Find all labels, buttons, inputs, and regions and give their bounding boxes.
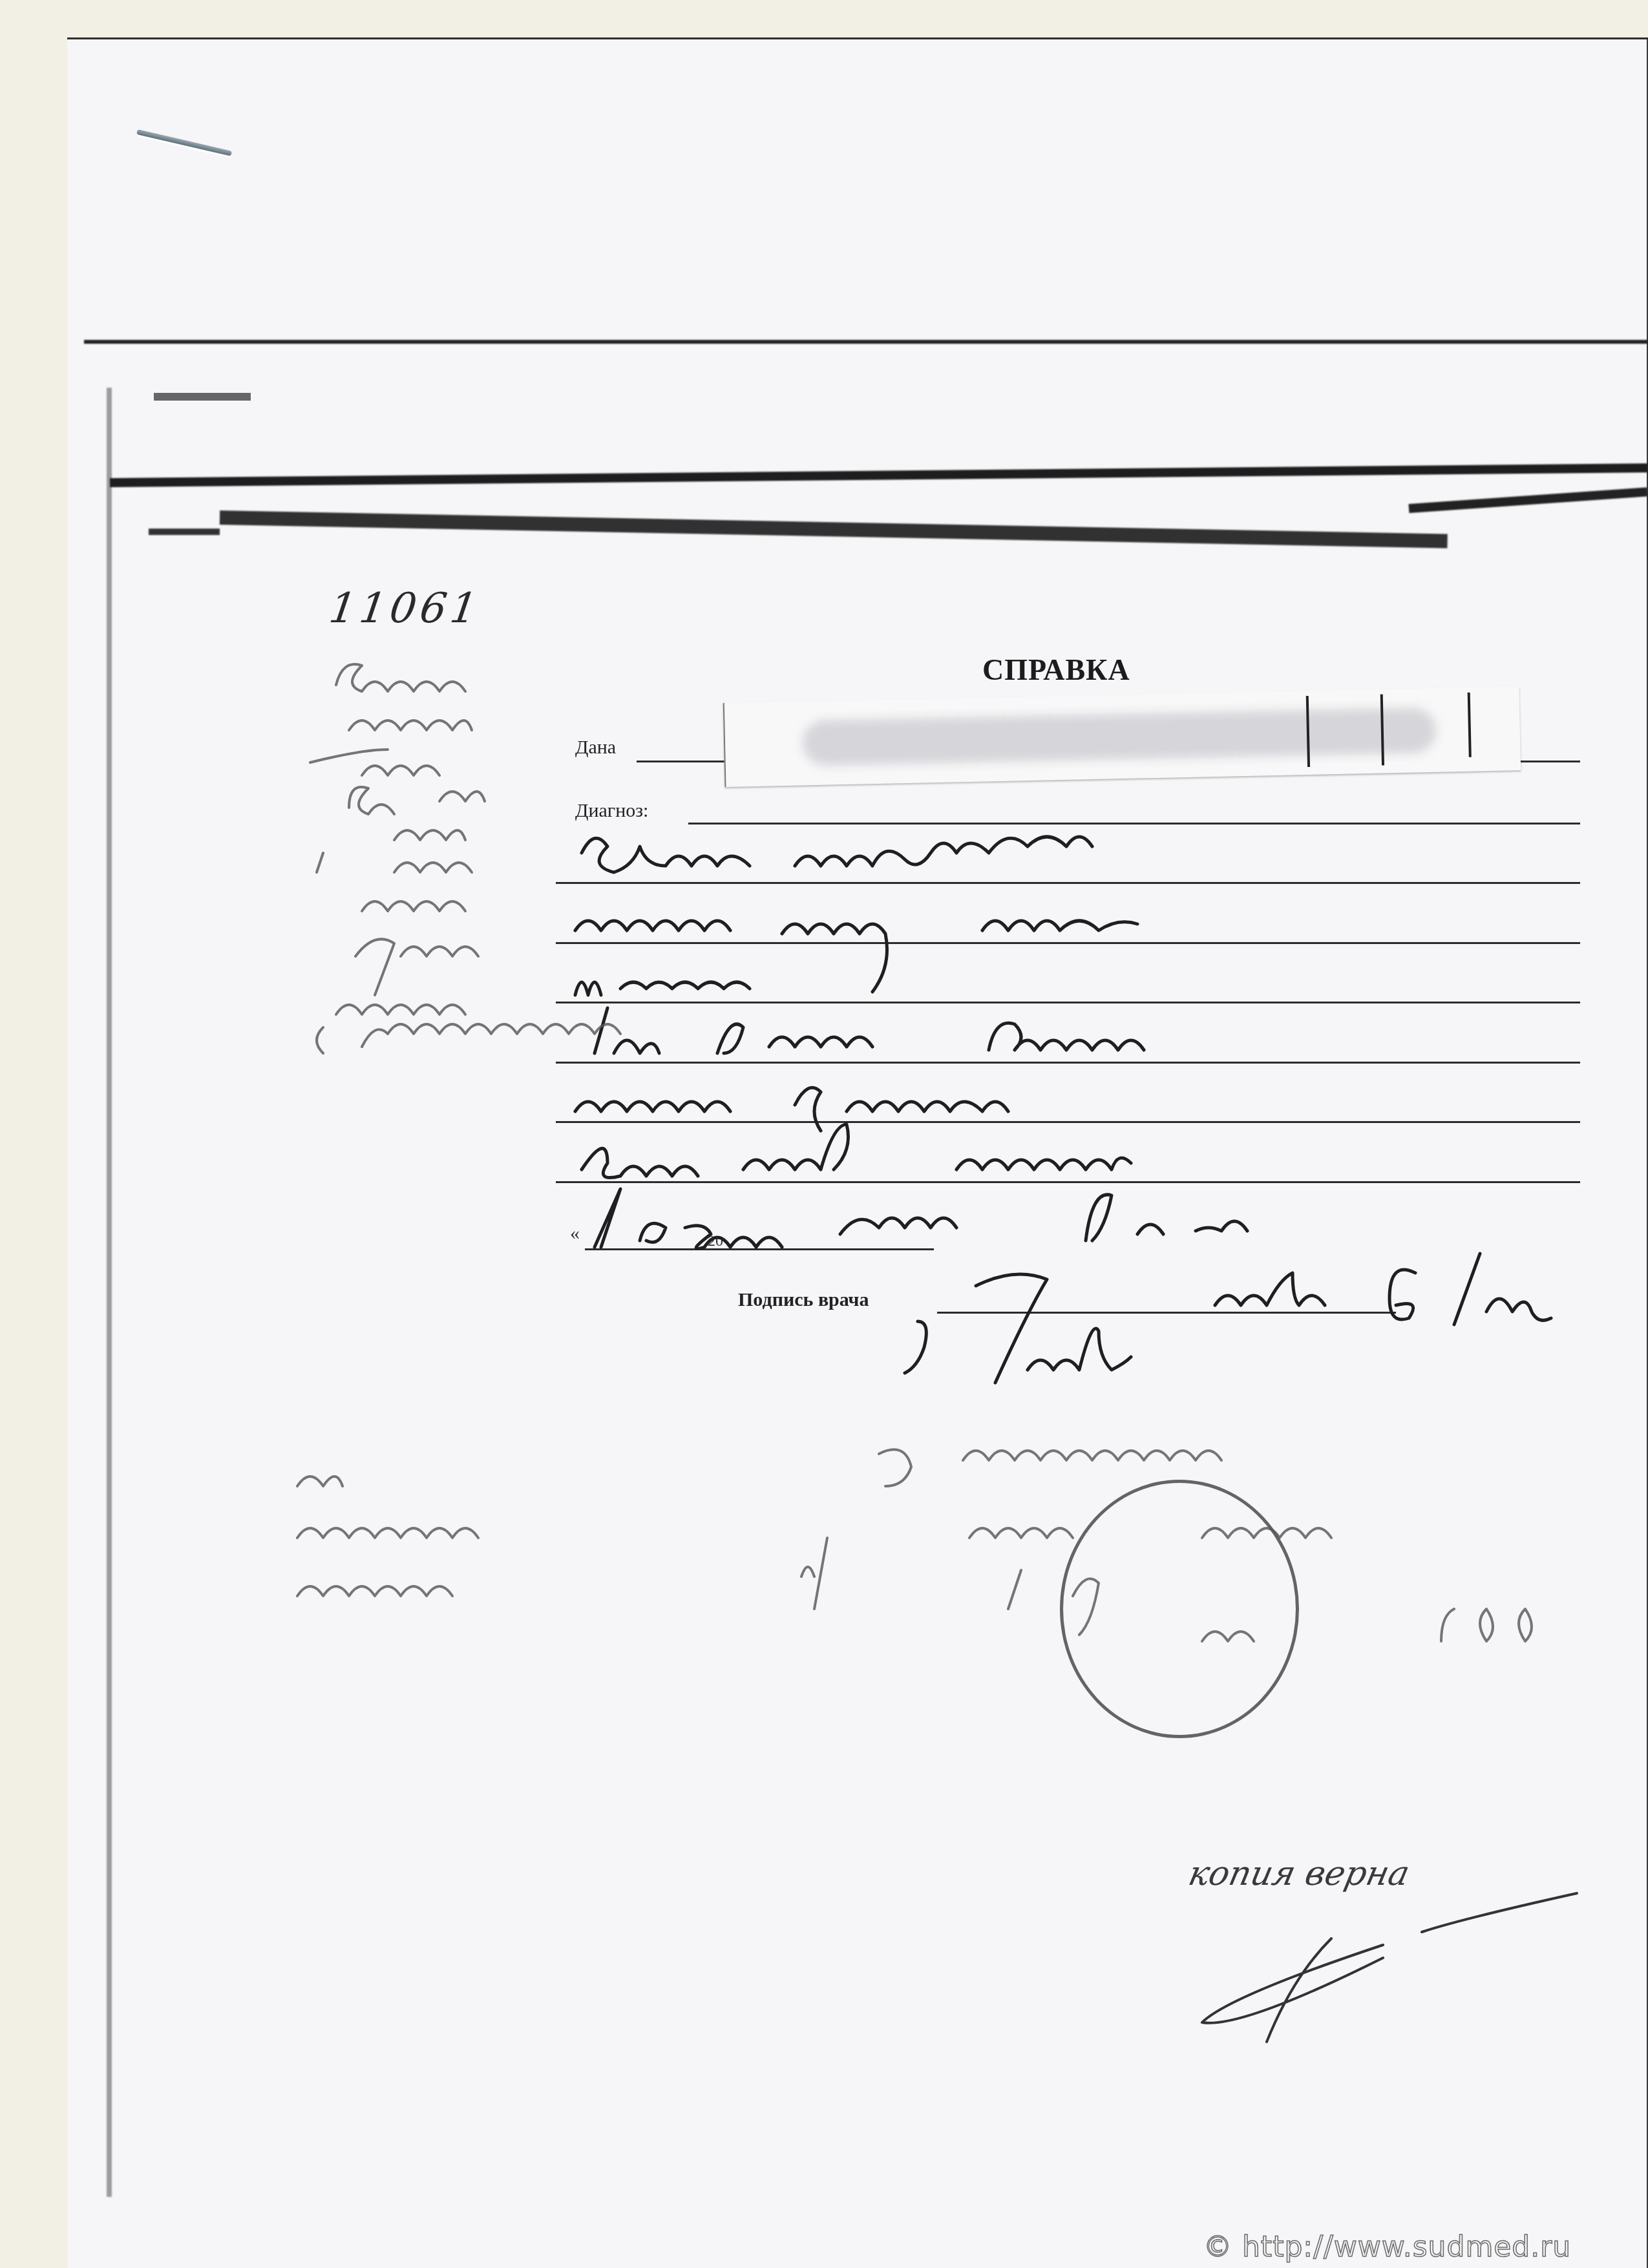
handwritten-certification: копия верна (1185, 1854, 1413, 1893)
diagnosis-line (556, 1002, 1580, 1003)
diagnosis-line (556, 1062, 1580, 1064)
diagnosis-line (556, 882, 1580, 884)
date-open-quote: « (570, 1223, 580, 1244)
diagnosis-line (556, 942, 1580, 944)
redaction-mark (1468, 693, 1472, 757)
copy-artifact-line (149, 529, 220, 535)
document-title: СПРАВКА (982, 653, 1130, 687)
date-century: 20 (708, 1233, 723, 1250)
date-line (585, 1248, 934, 1250)
diagnosis-line (556, 1121, 1580, 1123)
underlying-sheet-edge (84, 340, 1648, 344)
round-stamp-icon (1060, 1480, 1299, 1738)
redacted-name (802, 708, 1436, 766)
handwritten-margin-number: 11061 (326, 585, 484, 633)
issued-to-label: Дана (575, 737, 616, 759)
redaction-patch (723, 686, 1521, 787)
scan-mark (154, 393, 251, 401)
doctor-signature-label: Подпись врача (738, 1289, 869, 1311)
diagnosis-line (688, 823, 1580, 824)
signature-line (937, 1312, 1396, 1314)
copyright-watermark: © http://www.sudmed.ru (1203, 2231, 1571, 2263)
diagnosis-label: Диагноз: (575, 800, 648, 822)
diagnosis-line (556, 1181, 1580, 1183)
scan-shadow-left (107, 388, 112, 2197)
scanned-paper (67, 37, 1648, 2268)
